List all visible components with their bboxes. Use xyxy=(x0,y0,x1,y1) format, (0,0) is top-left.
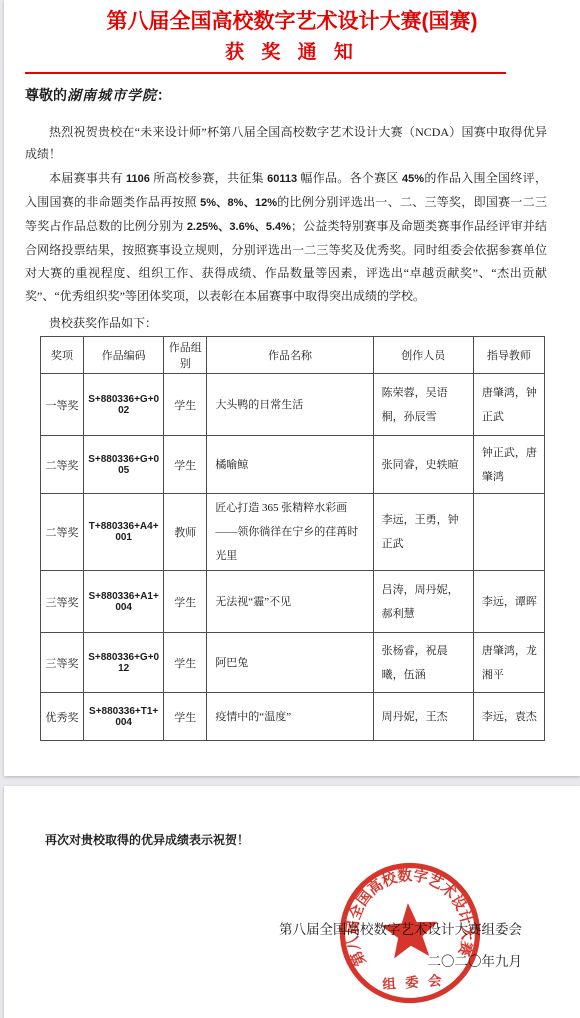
table-cell: 学生 xyxy=(164,436,207,494)
stat-number: 60113 xyxy=(267,173,297,185)
table-cell: 李远，谭晖 xyxy=(473,571,544,633)
table-cell: 学生 xyxy=(164,571,207,633)
school-name: 湖南城市学院 xyxy=(67,89,157,104)
salutation: 尊敬的湖南城市学院： xyxy=(25,87,550,107)
table-cell: 三等奖 xyxy=(41,571,84,633)
page-separator xyxy=(0,776,580,786)
congrats-paragraph: 热烈祝贺贵校在“未来设计师”杯第八届全国高校数字艺术设计大赛（NCDA）国赛中取… xyxy=(25,121,547,165)
stat-number: 5%、8%、12% xyxy=(200,197,277,209)
table-cell: 一等奖 xyxy=(41,374,84,436)
table-cell: 二等奖 xyxy=(41,494,84,571)
table-cell: S+880336+T1+004 xyxy=(84,693,164,741)
stat-number: 45% xyxy=(402,173,424,185)
award-row: 三等奖S+880336+A1+004学生无法视“霾”不见吕涛，周丹妮，郝利慧李远… xyxy=(41,571,545,633)
column-header: 指导教师 xyxy=(473,337,544,374)
table-cell: 唐肇鸿，龙湘平 xyxy=(473,633,544,693)
table-cell xyxy=(473,494,544,571)
stat-number: 2.25%、3.6%、5.4% xyxy=(187,221,291,233)
official-seal: 第八届全国高校数字艺术设计大赛 组 委 会 xyxy=(330,853,490,1013)
table-cell: 二等奖 xyxy=(41,436,84,494)
column-header: 奖项 xyxy=(41,337,84,374)
notice-page-2: 再次对贵校取得的优异成绩表示祝贺！ 第八届全国高校数字艺术设计大赛组委会 二〇二… xyxy=(4,786,580,1018)
awards-table-body: 一等奖S+880336+G+002学生大头鸭的日常生活陈荣蓉，吴语桐，孙辰雪唐肇… xyxy=(41,374,545,741)
table-cell: S+880336+G+002 xyxy=(84,374,164,436)
table-cell: 阿巴兔 xyxy=(207,633,373,693)
table-cell: T+880336+A4+001 xyxy=(84,494,164,571)
details-paragraph: 本届赛事共有 1106 所高校参赛，共征集 60113 幅作品。各个赛区 45%… xyxy=(25,167,547,308)
column-header: 创作人员 xyxy=(373,337,473,374)
table-cell: 周丹妮，王杰 xyxy=(373,693,473,741)
notice-page-1: 第八届全国高校数字艺术设计大赛(国赛) 获 奖 通 知 尊敬的湖南城市学院： 热… xyxy=(4,0,580,776)
table-cell: 橘喻鲸 xyxy=(207,436,373,494)
table-cell: 唐肇鸿，钟正武 xyxy=(473,374,544,436)
table-cell: 学生 xyxy=(164,374,207,436)
table-cell: 无法视“霾”不见 xyxy=(207,571,373,633)
table-cell: 三等奖 xyxy=(41,633,84,693)
table-cell: S+880336+A1+004 xyxy=(84,571,164,633)
column-header: 作品编码 xyxy=(84,337,164,374)
seal-bottom-text: 组 委 会 xyxy=(382,972,445,992)
table-cell: 李远，王勇，钟正武 xyxy=(373,494,473,571)
column-header: 作品名称 xyxy=(207,337,373,374)
table-cell: S+880336+G+005 xyxy=(84,436,164,494)
award-row: 一等奖S+880336+G+002学生大头鸭的日常生活陈荣蓉，吴语桐，孙辰雪唐肇… xyxy=(41,374,545,436)
text-run: 本届赛事共有 xyxy=(49,171,126,185)
text-run: 幅作品。各个赛区 xyxy=(297,171,402,185)
document-title: 第八届全国高校数字艺术设计大赛(国赛) xyxy=(24,7,560,36)
table-cell: 学生 xyxy=(164,633,207,693)
table-cell: 疫情中的“温度” xyxy=(207,693,373,741)
table-cell: 李远，袁杰 xyxy=(473,693,544,741)
document-subtitle: 获 奖 通 知 xyxy=(4,39,580,66)
table-cell: 教师 xyxy=(164,494,207,571)
table-cell: 张同睿，史轶暄 xyxy=(373,436,473,494)
table-cell: 钟正武，唐肇鸿 xyxy=(473,436,544,494)
table-cell: 吕涛，周丹妮，郝利慧 xyxy=(373,571,473,633)
awards-table-header: 奖项作品编码作品组别作品名称创作人员指导教师 xyxy=(41,337,545,374)
stat-number: 1106 xyxy=(126,173,150,185)
table-intro: 贵校获奖作品如下： xyxy=(25,314,547,332)
award-row: 二等奖S+880336+G+005学生橘喻鲸张同睿，史轶暄钟正武，唐肇鸿 xyxy=(41,436,545,494)
column-header: 作品组别 xyxy=(164,337,207,374)
text-run: 所高校参赛，共征集 xyxy=(150,171,267,185)
award-row: 优秀奖S+880336+T1+004学生疫情中的“温度”周丹妮，王杰李远，袁杰 xyxy=(41,693,545,741)
title-divider xyxy=(25,72,506,74)
closing-line: 再次对贵校取得的优异成绩表示祝贺！ xyxy=(45,832,249,849)
seal-star-icon xyxy=(379,901,440,959)
table-cell: 陈荣蓉，吴语桐，孙辰雪 xyxy=(373,374,473,436)
table-cell: S+880336+G+012 xyxy=(84,633,164,693)
salutation-prefix: 尊敬的 xyxy=(25,89,67,104)
table-cell: 张杨睿，祝晨曦，伍涵 xyxy=(373,633,473,693)
table-cell: 匠心打造 365 张精粹水彩画——领你徜徉在宁乡的荏苒时光里 xyxy=(207,494,373,571)
award-row: 二等奖T+880336+A4+001教师匠心打造 365 张精粹水彩画——领你徜… xyxy=(41,494,545,571)
table-cell: 学生 xyxy=(164,693,207,741)
table-cell: 大头鸭的日常生活 xyxy=(207,374,373,436)
salutation-colon: ： xyxy=(157,89,171,104)
awards-table: 奖项作品编码作品组别作品名称创作人员指导教师 一等奖S+880336+G+002… xyxy=(40,336,545,741)
award-row: 三等奖S+880336+G+012学生阿巴兔张杨睿，祝晨曦，伍涵唐肇鸿，龙湘平 xyxy=(41,633,545,693)
table-cell: 优秀奖 xyxy=(41,693,84,741)
